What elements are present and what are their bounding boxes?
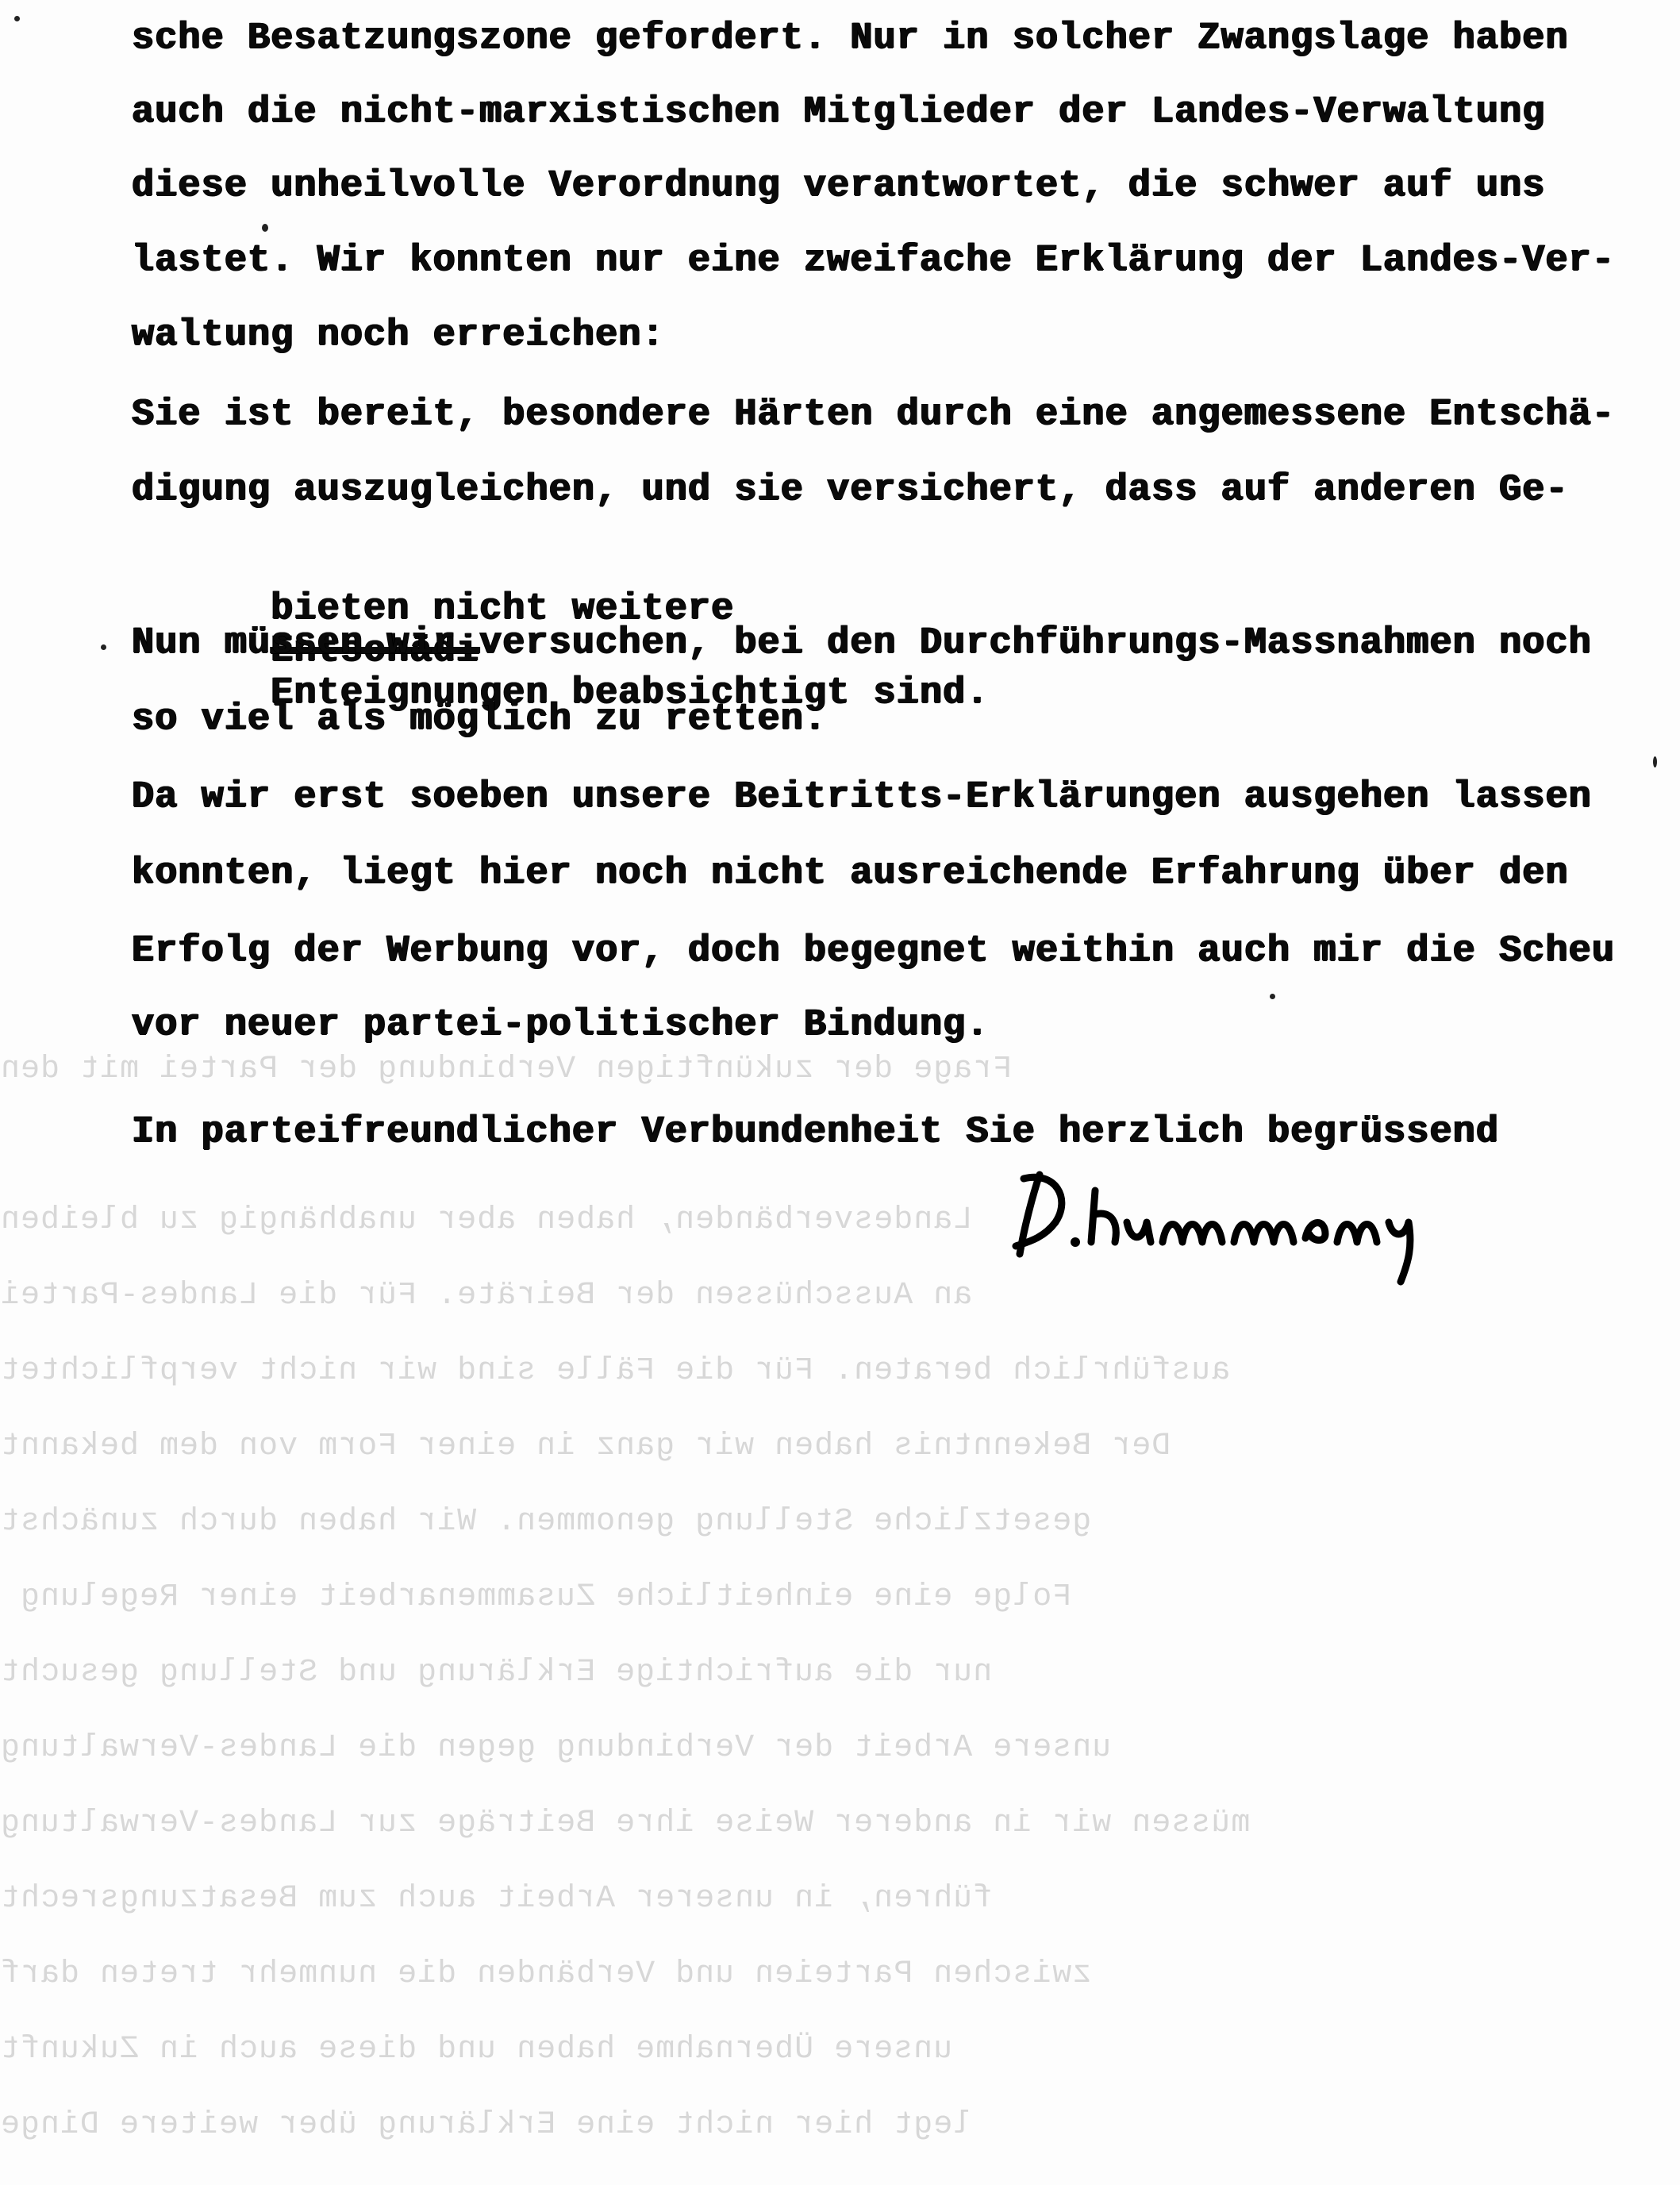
bleed-line: nur die aufrichtige Erklärung und Stellu… [0,1655,992,1691]
body-line: vor neuer partei-politischer Bindung. [132,1004,990,1046]
bleed-line: müssen wir in anderer Weise ihre Beiträg… [0,1806,1250,1841]
body-line: Da wir erst soeben unsere Beitritts-Erkl… [132,776,1592,818]
bleed-line: gesetzliche Stellung genommen. Wir haben… [0,1504,1091,1540]
bleed-line: unsere Übernahme haben und diese auch in… [0,2032,952,2068]
bleed-line: führen, in unserer Arbeit auch zum Besat… [0,1881,992,1917]
scan-speck [1653,756,1657,767]
body-line: diese unheilvolle Verordnung verantworte… [132,165,1545,207]
body-line: digung auszugleichen, und sie versichert… [132,469,1569,511]
signature-icon [1008,1167,1436,1286]
body-line: Nun müssen wir versuchen, bei den Durchf… [132,622,1592,664]
bleed-line: an Ausschüssen der Beiräte. Für die Land… [0,1278,972,1314]
body-line: Erfolg der Werbung vor, doch begegnet we… [132,930,1615,972]
scan-speck [1270,994,1275,999]
scan-speck [14,16,20,21]
scanned-letter-page: Frage der zukünftigen Verbindung der Par… [0,0,1680,2185]
bleed-line: legt hier nicht eine Erklärung über weit… [0,2107,972,2143]
bleed-line: Der Bekenntnis haben wir ganz in einer F… [0,1429,1171,1464]
body-line: sche Besatzungszone gefordert. Nur in so… [132,17,1569,60]
bleed-line: zwischen Parteien und Verbänden die nunm… [0,1956,1091,1992]
body-line: Sie ist bereit, besondere Härten durch e… [132,394,1615,436]
body-line: so viel als möglich zu retten. [132,698,827,741]
bleed-line: Landesverbänden, haben aber unabhängig z… [0,1202,972,1238]
bleed-line: Folge eine einheitliche Zusammenarbeit e… [0,1579,1071,1615]
handwritten-signature [1008,1167,1436,1286]
scan-speck [101,644,106,650]
scan-speck [262,224,268,232]
bleed-line: unsere Arbeit der Verbindung gegen die L… [0,1730,1111,1766]
body-line: konnten, liegt hier noch nicht ausreiche… [132,852,1569,894]
bleed-line: Frage der zukünftigen Verbindung der Par… [0,1052,1012,1087]
body-line: waltung noch erreichen: [132,314,665,356]
bleed-line: ausführlich beraten. Für die Fälle sind … [0,1353,1230,1389]
body-line: auch die nicht-marxistischen Mitglieder … [132,91,1545,133]
closing-line: In parteifreundlicher Verbundenheit Sie … [132,1111,1499,1153]
body-line: lastet. Wir konnten nur eine zweifache E… [132,240,1615,282]
